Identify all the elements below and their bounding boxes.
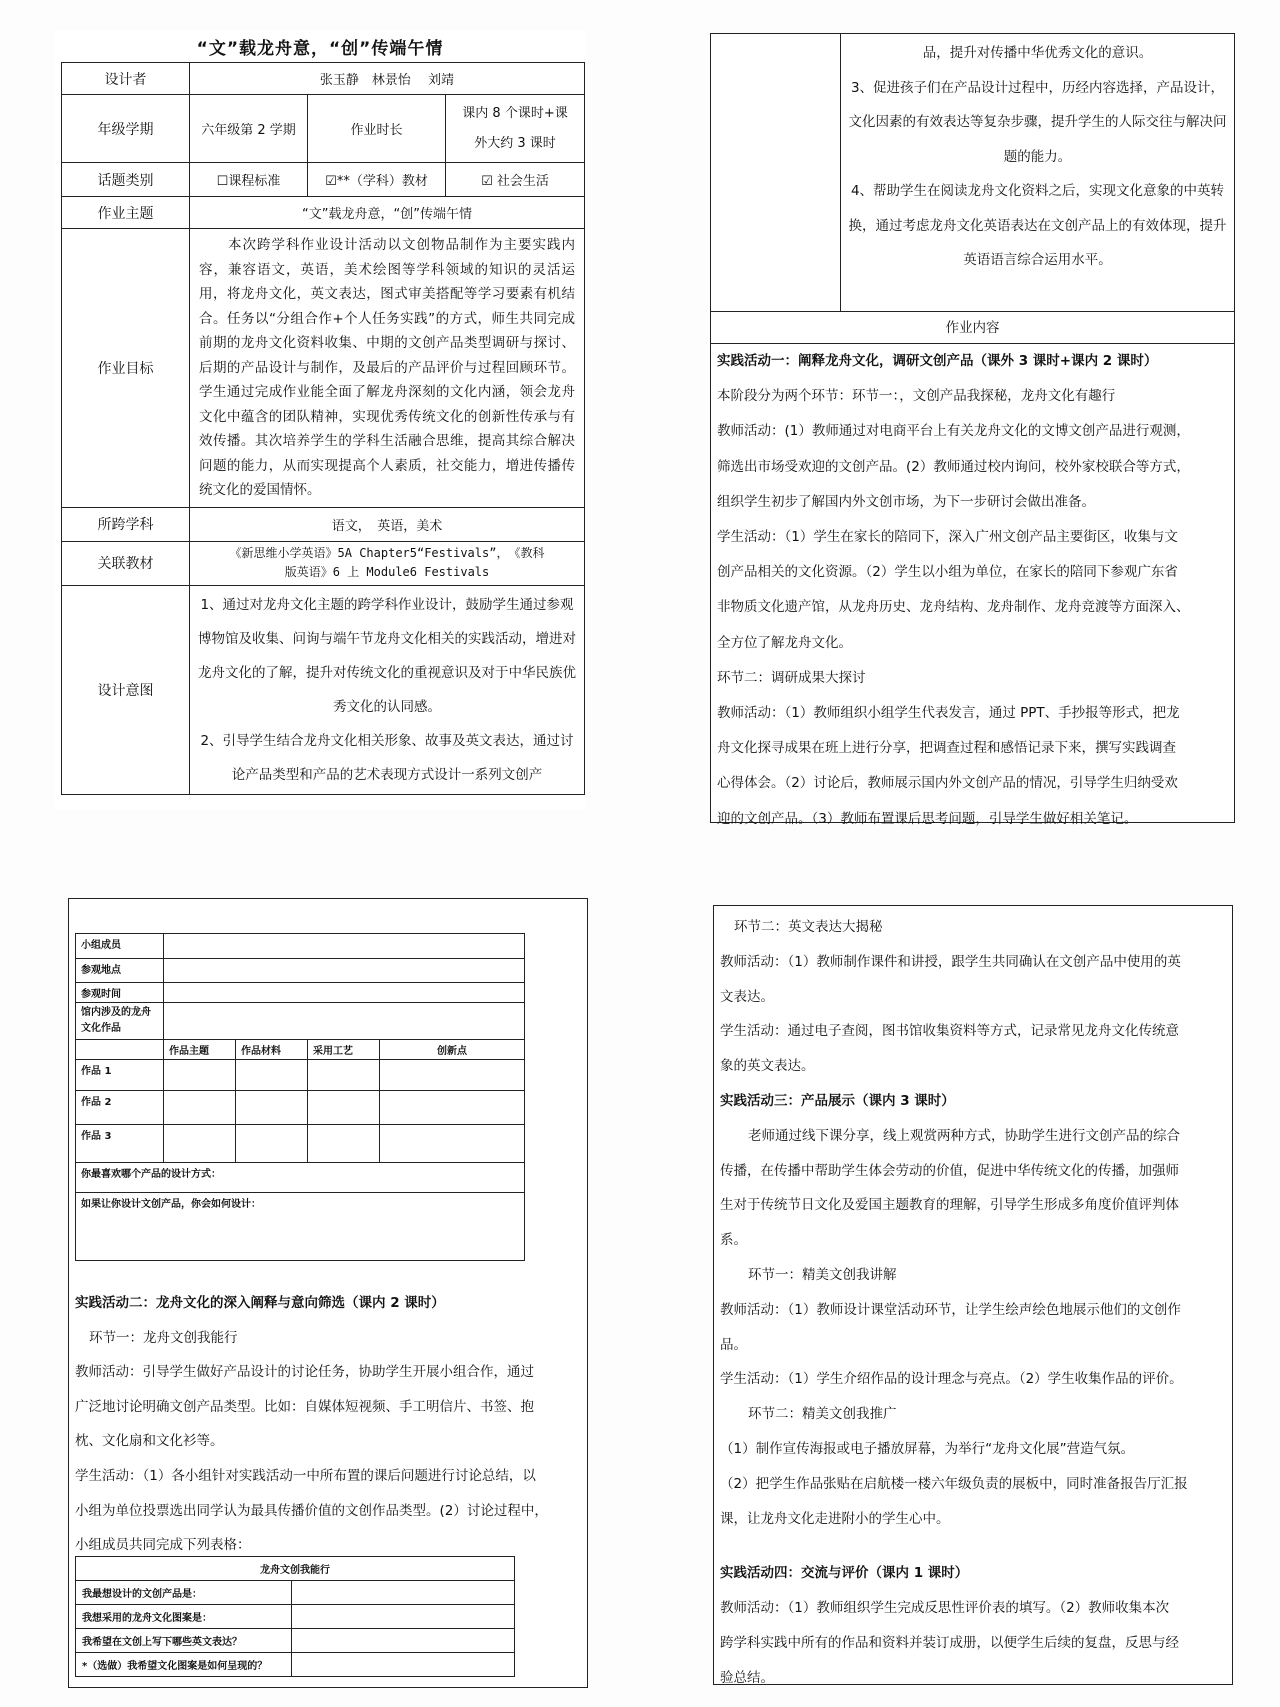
item-1-theme[interactable]	[164, 1060, 236, 1091]
design-plan-a3[interactable]	[292, 1629, 515, 1653]
textbooks-label: 关联教材	[62, 541, 190, 585]
intent-point-2: 2、引导学生结合龙舟文化相关形象、故事及英文表达，通过讨论产品类型和产品的艺术表…	[194, 724, 580, 792]
text-line: （1）制作宣传海报或电子播放屏幕，为举行“龙舟文化展”营造气氛。	[720, 1432, 1226, 1467]
subjects-value: 语文， 英语，美术	[190, 507, 585, 541]
design-plan-a1[interactable]	[292, 1581, 515, 1605]
text-line: 验总结。	[720, 1661, 1226, 1696]
text-line: 文表达。	[720, 980, 1226, 1015]
intent-point-2-cont: 品，提升对传播中华优秀文化的意识。	[845, 36, 1230, 71]
designer-label: 设计者	[62, 63, 190, 95]
intent-label: 设计意图	[62, 585, 190, 794]
content-header: 作业内容	[711, 312, 1234, 344]
item-3-material[interactable]	[236, 1125, 308, 1163]
item-3-innovation[interactable]	[380, 1125, 525, 1163]
text-line: 迎的文创产品。（3）教师布置课后思考问题，引导学生做好相关笔记。	[717, 802, 1228, 837]
members-label: 小组成员	[76, 934, 164, 959]
your-design-question[interactable]: 如果让你设计文创产品，你会如何设计：	[76, 1193, 525, 1261]
item-1-label: 作品 1	[76, 1060, 164, 1091]
text-line: 教师活动：（1）教师组织学生完成反思性评价表的填写。（2）教师收集本次	[720, 1591, 1226, 1626]
theme-value: “文”载龙舟意，“创”传端午情	[190, 197, 585, 229]
text-line: 教师活动：（1）教师制作课件和讲授，跟学生共同确认在文创产品中使用的英	[720, 945, 1226, 980]
design-plan-table: 龙舟文创我能行 我最想设计的文创产品是： 我想采用的龙舟文化图案是： 我希望在文…	[75, 1556, 515, 1677]
text-line: 非物质文化遗产馆，从龙舟历史、龙舟结构、龙舟制作、龙舟竞渡等方面深入、	[717, 590, 1228, 625]
item-1-innovation[interactable]	[380, 1060, 525, 1091]
works-field[interactable]	[164, 1003, 525, 1040]
design-plan-title: 龙舟文创我能行	[76, 1557, 515, 1581]
section-heading: 环节二：英文表达大揭秘	[720, 910, 1226, 945]
text-line: 系。	[720, 1223, 1226, 1258]
page-2: 品，提升对传播中华优秀文化的意识。 3、促进孩子们在产品设计过程中，历经内容选择…	[710, 33, 1235, 823]
col-theme: 作品主题	[164, 1040, 236, 1060]
time-field[interactable]	[164, 983, 525, 1003]
item-3-label: 作品 3	[76, 1125, 164, 1163]
text-line: 跨学科实践中所有的作品和资料并装订成册，以便学生后续的复盘，反思与经	[720, 1626, 1226, 1661]
text-line: 课，让龙舟文化走进附小的学生心中。	[720, 1502, 1226, 1537]
text-line: 心得体会。（2）讨论后，教师展示国内外文创产品的情况，引导学生归纳受欢	[717, 766, 1228, 801]
grade-value: 六年级第 2 学期	[190, 95, 308, 163]
col-innovation: 创新点	[380, 1040, 525, 1060]
duration-value: 课内 8 个课时+课 外大约 3 课时	[446, 95, 585, 163]
assignment-info-table: 设计者 张玉静 林景怡 刘靖 年级学期 六年级第 2 学期 作业时长 课内 8 …	[61, 62, 585, 795]
topic-option-curriculum[interactable]: ☐课程标准	[190, 163, 308, 197]
grade-label: 年级学期	[62, 95, 190, 163]
location-field[interactable]	[164, 959, 525, 983]
item-1-material[interactable]	[236, 1060, 308, 1091]
design-plan-a2[interactable]	[292, 1605, 515, 1629]
item-3-craft[interactable]	[308, 1125, 380, 1163]
text-line: 生对于传统节日文化及爱国主题教育的理解，引导学生形成多角度价值评判体	[720, 1188, 1226, 1223]
document-title: “文”载龙舟意，“创”传端午情	[55, 34, 585, 59]
text-line: 教师活动：(1）教师通过对电商平台上有关龙舟文化的文博文创产品进行观测，	[717, 414, 1228, 449]
favorite-design-question[interactable]: 你最喜欢哪个产品的设计方式：	[76, 1163, 525, 1193]
text-line: 学生活动：通过电子查阅，图书馆收集资料等方式，记录常见龙舟文化传统意	[720, 1014, 1226, 1049]
item-2-theme[interactable]	[164, 1091, 236, 1125]
topic-option-textbook[interactable]: ☑**（学科）教材	[308, 163, 446, 197]
text-line: 本阶段分为两个环节：环节一：，文创产品我探秘，龙舟文化有趣行	[717, 379, 1228, 414]
text-line: 象的英文表达。	[720, 1049, 1226, 1084]
design-plan-q1: 我最想设计的文创产品是：	[76, 1581, 292, 1605]
activity-4-title: 实践活动四：交流与评价（课内 1 课时）	[720, 1556, 1226, 1591]
page-4: 环节二：英文表达大揭秘 教师活动：（1）教师制作课件和讲授，跟学生共同确认在文创…	[713, 905, 1233, 1685]
design-plan-a4[interactable]	[292, 1653, 515, 1677]
museum-visit-table: 小组成员 参观地点 参观时间 馆内涉及的龙舟 文化作品 作品主题 作品材料 采用…	[75, 933, 525, 1261]
page-1: “文”载龙舟意，“创”传端午情 设计者 张玉静 林景怡 刘靖 年级学期 六年级第…	[55, 30, 585, 810]
textbooks-value-line1: 《新思维小学英语》5A Chapter5“Festivals”， 《教科	[194, 544, 580, 563]
section-heading: 环节二：调研成果大探讨	[717, 661, 1228, 696]
item-2-material[interactable]	[236, 1091, 308, 1125]
goal-label: 作业目标	[62, 229, 190, 508]
design-plan-q3: 我希望在文创上写下哪些英文表达？	[76, 1629, 292, 1653]
item-3-theme[interactable]	[164, 1125, 236, 1163]
text-line: 学生活动：（1）各小组针对实践活动一中所布置的课后问题进行讨论总结，以	[75, 1459, 581, 1494]
text-line: 广泛地讨论明确文创产品类型。比如：自媒体短视频、手工明信片、书签、抱	[75, 1390, 581, 1425]
text-line: 老师通过线下课分享，线上观赏两种方式，协助学生进行文创产品的综合	[720, 1119, 1226, 1154]
text-line: 品。	[720, 1328, 1226, 1363]
intent-point-4: 4、帮助学生在阅读龙舟文化资料之后，实现文化意象的中英转换，通过考虑龙舟文化英语…	[845, 174, 1230, 278]
text-line: 教师活动：（1）教师设计课堂活动环节，让学生绘声绘色地展示他们的文创作	[720, 1293, 1226, 1328]
topic-option-social-life[interactable]: ☑ 社会生活	[446, 163, 585, 197]
item-2-innovation[interactable]	[380, 1091, 525, 1125]
members-field[interactable]	[164, 934, 525, 959]
text-line: 组织学生初步了解国内外文创市场，为下一步研讨会做出准备。	[717, 485, 1228, 520]
activity-1-title: 实践活动一：阐释龙舟文化，调研文创产品（课外 3 课时+课内 2 课时）	[717, 344, 1228, 379]
location-label: 参观地点	[76, 959, 164, 983]
designer-value: 张玉静 林景怡 刘靖	[190, 63, 585, 95]
activities-3-4-section: 环节二：英文表达大揭秘 教师活动：（1）教师制作课件和讲授，跟学生共同确认在文创…	[714, 910, 1232, 1696]
textbooks-value-line2: 版英语》6 上 Module6 Festivals	[194, 563, 580, 582]
text-line: 传播，在传播中帮助学生体会劳动的价值，促进中华传统文化的传播，加强师	[720, 1154, 1226, 1189]
text-line: 教师活动：（1）教师组织小组学生代表发言，通过 PPT、手抄报等形式，把龙	[717, 696, 1228, 731]
text-line: 创产品相关的文化资源。（2）学生以小组为单位，在家长的陪同下参观广东省	[717, 555, 1228, 590]
design-plan-q4: *（选做）我希望文化图案是如何呈现的？	[76, 1653, 292, 1677]
works-label: 馆内涉及的龙舟 文化作品	[76, 1003, 164, 1040]
design-plan-q2: 我想采用的龙舟文化图案是：	[76, 1605, 292, 1629]
text-line: 全方位了解龙舟文化。	[717, 626, 1228, 661]
text-line: 筛选出市场受欢迎的文创产品。(2）教师通过校内询问，校外家校联合等方式，	[717, 450, 1228, 485]
section-heading: 环节一：龙舟文创我能行	[75, 1321, 581, 1356]
activity-2-section: 实践活动二：龙舟文化的深入阐释与意向筛选（课内 2 课时） 环节一：龙舟文创我能…	[69, 1286, 587, 1563]
intent-point-3: 3、促进孩子们在产品设计过程中，历经内容选择，产品设计，文化因素的有效表达等复杂…	[845, 71, 1230, 175]
activity-2-title: 实践活动二：龙舟文化的深入阐释与意向筛选（课内 2 课时）	[75, 1286, 581, 1321]
col-material: 作品材料	[236, 1040, 308, 1060]
duration-label: 作业时长	[308, 95, 446, 163]
activity-1-section: 实践活动一：阐释龙舟文化，调研文创产品（课外 3 课时+课内 2 课时） 本阶段…	[711, 344, 1234, 837]
col-craft: 采用工艺	[308, 1040, 380, 1060]
section-heading: 环节一：精美文创我讲解	[720, 1258, 1226, 1293]
text-line: 舟文化探寻成果在班上进行分享，把调查过程和感悟记录下来，撰写实践调查	[717, 731, 1228, 766]
intent-label-cell	[711, 34, 841, 312]
topic-type-label: 话题类别	[62, 163, 190, 197]
time-label: 参观时间	[76, 983, 164, 1003]
theme-label: 作业主题	[62, 197, 190, 229]
text-line: 小组为单位投票选出同学认为最具传播价值的文创作品类型。(2）讨论过程中，	[75, 1494, 581, 1529]
goal-text: 本次跨学科作业设计活动以文创物品制作为主要实践内容，兼容语文，英语，美术绘图等学…	[194, 231, 580, 505]
text-line: 学生活动：（1）学生在家长的陪同下，深入广州文创产品主要街区，收集与文	[717, 520, 1228, 555]
text-line: （2）把学生作品张贴在启航楼一楼六年级负责的展板中，同时准备报告厅汇报	[720, 1467, 1226, 1502]
intent-point-1: 1、通过对龙舟文化主题的跨学科作业设计，鼓励学生通过参观博物馆及收集、问询与端午…	[194, 588, 580, 724]
activity-3-title: 实践活动三：产品展示（课内 3 课时）	[720, 1084, 1226, 1119]
intent-continued: 品，提升对传播中华优秀文化的意识。 3、促进孩子们在产品设计过程中，历经内容选择…	[841, 34, 1234, 312]
item-1-craft[interactable]	[308, 1060, 380, 1091]
subjects-label: 所跨学科	[62, 507, 190, 541]
text-line: 学生活动：（1）学生介绍作品的设计理念与亮点。（2）学生收集作品的评价。	[720, 1362, 1226, 1397]
item-2-craft[interactable]	[308, 1091, 380, 1125]
page-3: 小组成员 参观地点 参观时间 馆内涉及的龙舟 文化作品 作品主题 作品材料 采用…	[68, 898, 588, 1688]
item-2-label: 作品 2	[76, 1091, 164, 1125]
section-heading: 环节二：精美文创我推广	[720, 1397, 1226, 1432]
text-line: 枕、文化扇和文化衫等。	[75, 1424, 581, 1459]
text-line: 教师活动：引导学生做好产品设计的讨论任务，协助学生开展小组合作，通过	[75, 1355, 581, 1390]
